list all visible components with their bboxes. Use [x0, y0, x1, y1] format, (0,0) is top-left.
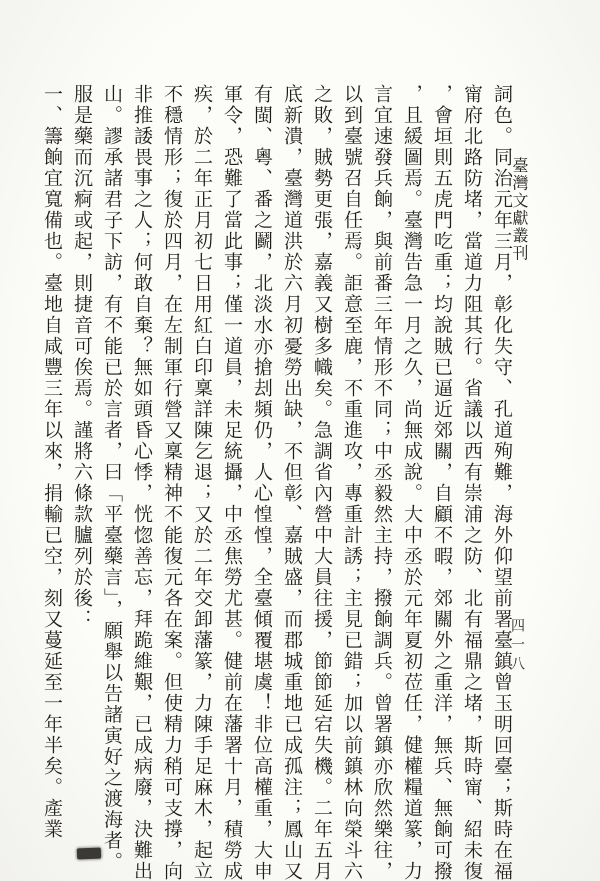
text-column-15: 服是藥而沉痾或起，則捷音可俟焉。謹將六條款臚列於後：: [71, 84, 92, 846]
text-column-12: 不穩情形；復於四月，在左制軍行營又稟精神不能復元各在案。但使精力稍可支撐，向: [161, 84, 182, 846]
text-column-14: 山。謬承諸君子下訪，有不能已於言者，曰「平臺藥言」，願舉以告諸寅好之渡海者。: [101, 84, 122, 846]
text-column-10: 軍令，恐難了當此事；僅一道員，未足統攝，中丞焦勞尤甚。健前在藩署十月，積勞成: [221, 84, 242, 846]
text-column-4: ，且緩圖焉。臺灣告急一月之久，尚無成說。大中丞於元年夏初莅任，健權糧道篆，力: [401, 84, 422, 846]
text-column-2: 甯府北路防堵，當道力阻其行。省議以西有崇浦之防、北有福鼎之堵，斯時甯、紹未復: [461, 84, 482, 846]
text-column-3: ，會垣則五虎門吃重；均說賊已逼近郊關，自顧不暇，郊關外之重洋，無兵、無餉可撥: [431, 84, 452, 846]
text-column-5: 言宜速發兵餉，與前番三年情形不同；中丞毅然主持，撥餉調兵。曾署鎮亦欣然樂往，: [371, 84, 392, 846]
text-column-6: 以到臺號召自任焉。詎意至鹿，不重進攻，專重計誘；主見已錯；加以前鎮林向榮斗六: [341, 84, 362, 846]
text-column-1: 詞色。同治元年三月，彰化失守、孔道殉難，海外仰望前署臺鎮曾玉明回臺；斯時在福: [491, 84, 512, 846]
text-column-13: 非推諉畏事之人；何敢自棄？無如頭昏心悸，恍惚善忘，拜跪維艱，已成病廢，決難出: [131, 84, 152, 846]
text-column-7: 之敗，賊勢更張，嘉義又樹多幟矣。急調省內營中大員往援，節節延宕失機。二年五月: [311, 84, 332, 846]
text-column-11: 疾，於二年正月初七日用紅白印稟詳陳乞退；又於二年交卸藩篆，力陳手足麻木，起立: [191, 84, 212, 846]
text-column-16: 一、籌餉宜寬備也。臺地自咸豐三年以來，捐輸已空，刻又蔓延至一年半矣。產業: [41, 84, 62, 846]
scanned-book-page: 臺灣文獻叢刊 四一八 詞色。同治元年三月，彰化失守、孔道殉難，海外仰望前署臺鎮曾…: [0, 0, 600, 881]
text-block: 詞色。同治元年三月，彰化失守、孔道殉難，海外仰望前署臺鎮曾玉明回臺；斯時在福甯府…: [32, 84, 512, 846]
ink-smudge-mark: [77, 848, 101, 860]
text-column-9: 有閩、粵、番之鬬，北淡水亦搶刦頻仍，人心惶惶，全臺傾覆堪虞！非位高權重，大申: [251, 84, 272, 846]
text-column-8: 底新潰，臺灣道洪於六月初憂勞出缺，不但彰、嘉賊盛，而郡城重地已成孤注；鳳山又: [281, 84, 302, 846]
